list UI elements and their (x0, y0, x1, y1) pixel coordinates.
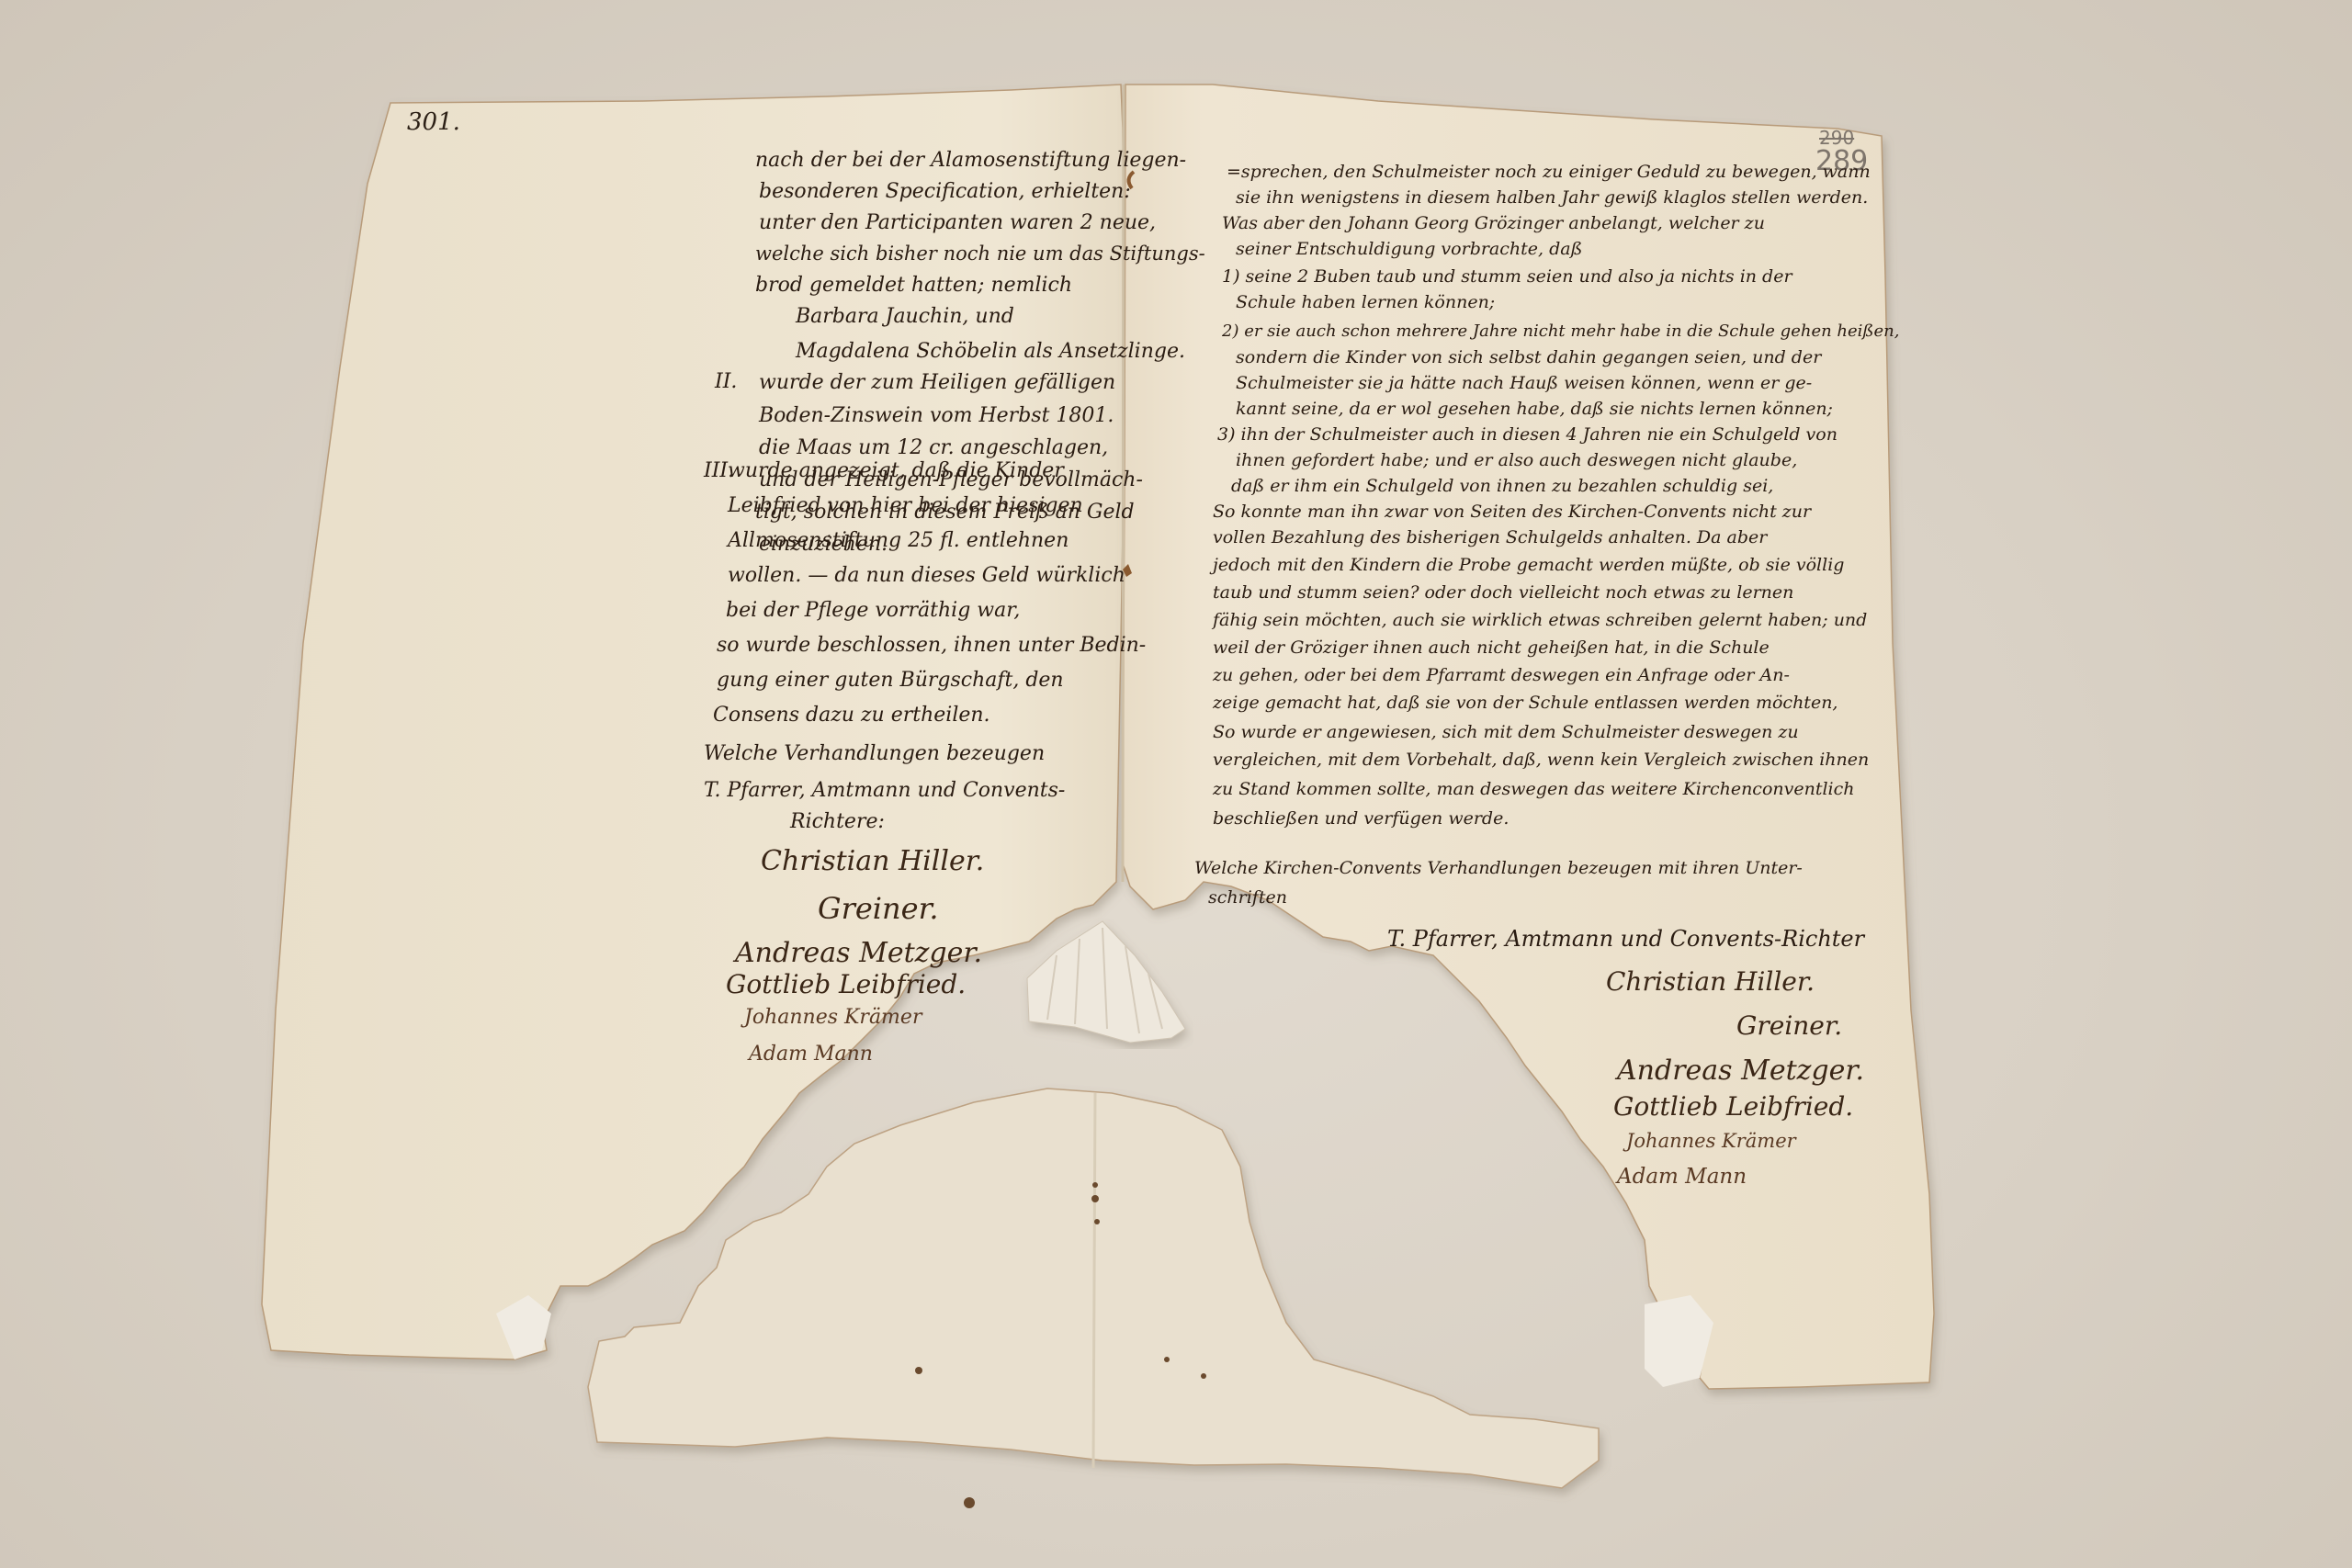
text-line: Richtere: (790, 810, 885, 833)
text-line: Leibfried von hier bei der hiesigen (728, 494, 1083, 517)
text-line: Welche Kirchen-Convents Verhandlungen be… (1194, 858, 1803, 878)
left-page-number: 301. (407, 108, 460, 136)
signature-greiner: Greiner. (818, 891, 939, 926)
text-line: sondern die Kinder von sich selbst dahin… (1236, 347, 1821, 367)
text-line: weil der Gröziger ihnen auch nicht gehei… (1213, 637, 1770, 658)
text-line: seiner Entschuldigung vorbrachte, daß (1236, 239, 1582, 259)
text-line: die Maas um 12 cr. angeschlagen, (759, 436, 1108, 459)
text-line: welche sich bisher noch nie um das Stift… (755, 243, 1205, 265)
text-line: zeige gemacht hat, daß sie von der Schul… (1213, 693, 1837, 713)
signature-greiner: Greiner. (1736, 1010, 1842, 1041)
item-marker-II: II. (715, 370, 737, 393)
text-line: ihnen gefordert habe; und er also auch d… (1236, 450, 1797, 470)
text-line: fähig sein möchten, auch sie wirklich et… (1213, 610, 1867, 630)
text-line: So konnte man ihn zwar von Seiten des Ki… (1213, 502, 1811, 522)
text-line: gung einer guten Bürgschaft, den (717, 669, 1064, 692)
text-line: Welche Verhandlungen bezeugen (704, 742, 1045, 765)
text-line: 3) ihn der Schulmeister auch in diesen 4… (1217, 424, 1837, 445)
text-line: taub und stumm seien? oder doch vielleic… (1213, 582, 1793, 603)
signature-andreas-metzger: Andreas Metzger. (735, 937, 982, 969)
text-line: 1) seine 2 Buben taub und stumm seien un… (1222, 266, 1792, 287)
text-line: T. Pfarrer, Amtmann und Convents- (704, 779, 1065, 802)
text-line: zu Stand kommen sollte, man deswegen das… (1213, 779, 1855, 799)
signature-adam-mann: Adam Mann (1617, 1165, 1747, 1189)
text-line: beschließen und verfügen werde. (1213, 808, 1509, 829)
text-line: nach der bei der Alamosenstiftung liegen… (755, 149, 1186, 172)
text-line: schriften (1208, 887, 1287, 908)
text-line: kannt seine, da er wol gesehen habe, daß… (1236, 399, 1833, 419)
closing-line: T. Pfarrer, Amtmann und Convents-Richter (1387, 926, 1864, 952)
text-line: wurde angezeigt, daß die Kinder (728, 459, 1064, 482)
signature-johannes-kraemer: Johannes Krämer (1626, 1130, 1796, 1152)
text-line: vergleichen, mit dem Vorbehalt, daß, wen… (1213, 750, 1869, 770)
text-line: So wurde er angewiesen, sich mit dem Sch… (1213, 722, 1799, 742)
text-line: Was aber den Johann Georg Grözinger anbe… (1222, 213, 1765, 233)
text-line: Consens dazu zu ertheilen. (713, 704, 990, 727)
text-line: 2) er sie auch schon mehrere Jahre nicht… (1222, 321, 1899, 341)
text-line: wollen. — da nun dieses Geld würklich (728, 564, 1125, 587)
text-line: wurde der zum Heiligen gefälligen (759, 371, 1115, 394)
document-photo (0, 0, 2352, 1568)
signature-gottlieb-leibfried: Gottlieb Leibfried. (726, 969, 966, 999)
signature-johannes-kraemer: Johannes Krämer (744, 1006, 922, 1029)
text-line: jedoch mit den Kindern die Probe gemacht… (1213, 555, 1844, 575)
text-line: besonderen Specification, erhielten: (759, 180, 1131, 203)
text-line: Barbara Jauchin, und (796, 305, 1014, 328)
text-line: so wurde beschlossen, ihnen unter Bedin- (717, 634, 1146, 657)
signature-christian-hiller: Christian Hiller. (761, 845, 984, 877)
signature-gottlieb-leibfried: Gottlieb Leibfried. (1613, 1091, 1853, 1122)
signature-andreas-metzger: Andreas Metzger. (1617, 1055, 1864, 1087)
text-line: Schulmeister sie ja hätte nach Hauß weis… (1236, 373, 1812, 393)
text-line: Allmosenstiftung 25 fl. entlehnen (728, 529, 1069, 552)
signature-adam-mann: Adam Mann (749, 1043, 873, 1066)
text-line: =sprechen, den Schulmeister noch zu eini… (1227, 162, 1871, 182)
text-line: Boden-Zinswein vom Herbst 1801. (759, 404, 1114, 427)
text-line: bei der Pflege vorräthig war, (726, 599, 1020, 622)
text-line: unter den Participanten waren 2 neue, (759, 211, 1156, 234)
text-line: brod gemeldet hatten; nemlich (755, 274, 1072, 297)
text-line: zu gehen, oder bei dem Pfarramt deswegen… (1213, 665, 1790, 685)
signature-christian-hiller: Christian Hiller. (1606, 966, 1815, 997)
text-line: Schule haben lernen können; (1236, 292, 1495, 312)
text-line: sie ihn wenigstens in diesem halben Jahr… (1236, 187, 1868, 208)
text-line: vollen Bezahlung des bisherigen Schulgel… (1213, 527, 1767, 547)
text-line: daß er ihm ein Schulgeld von ihnen zu be… (1231, 476, 1773, 496)
text-line: Magdalena Schöbelin als Ansetzlinge. (796, 340, 1185, 363)
fragment-fold (1093, 1093, 1095, 1468)
